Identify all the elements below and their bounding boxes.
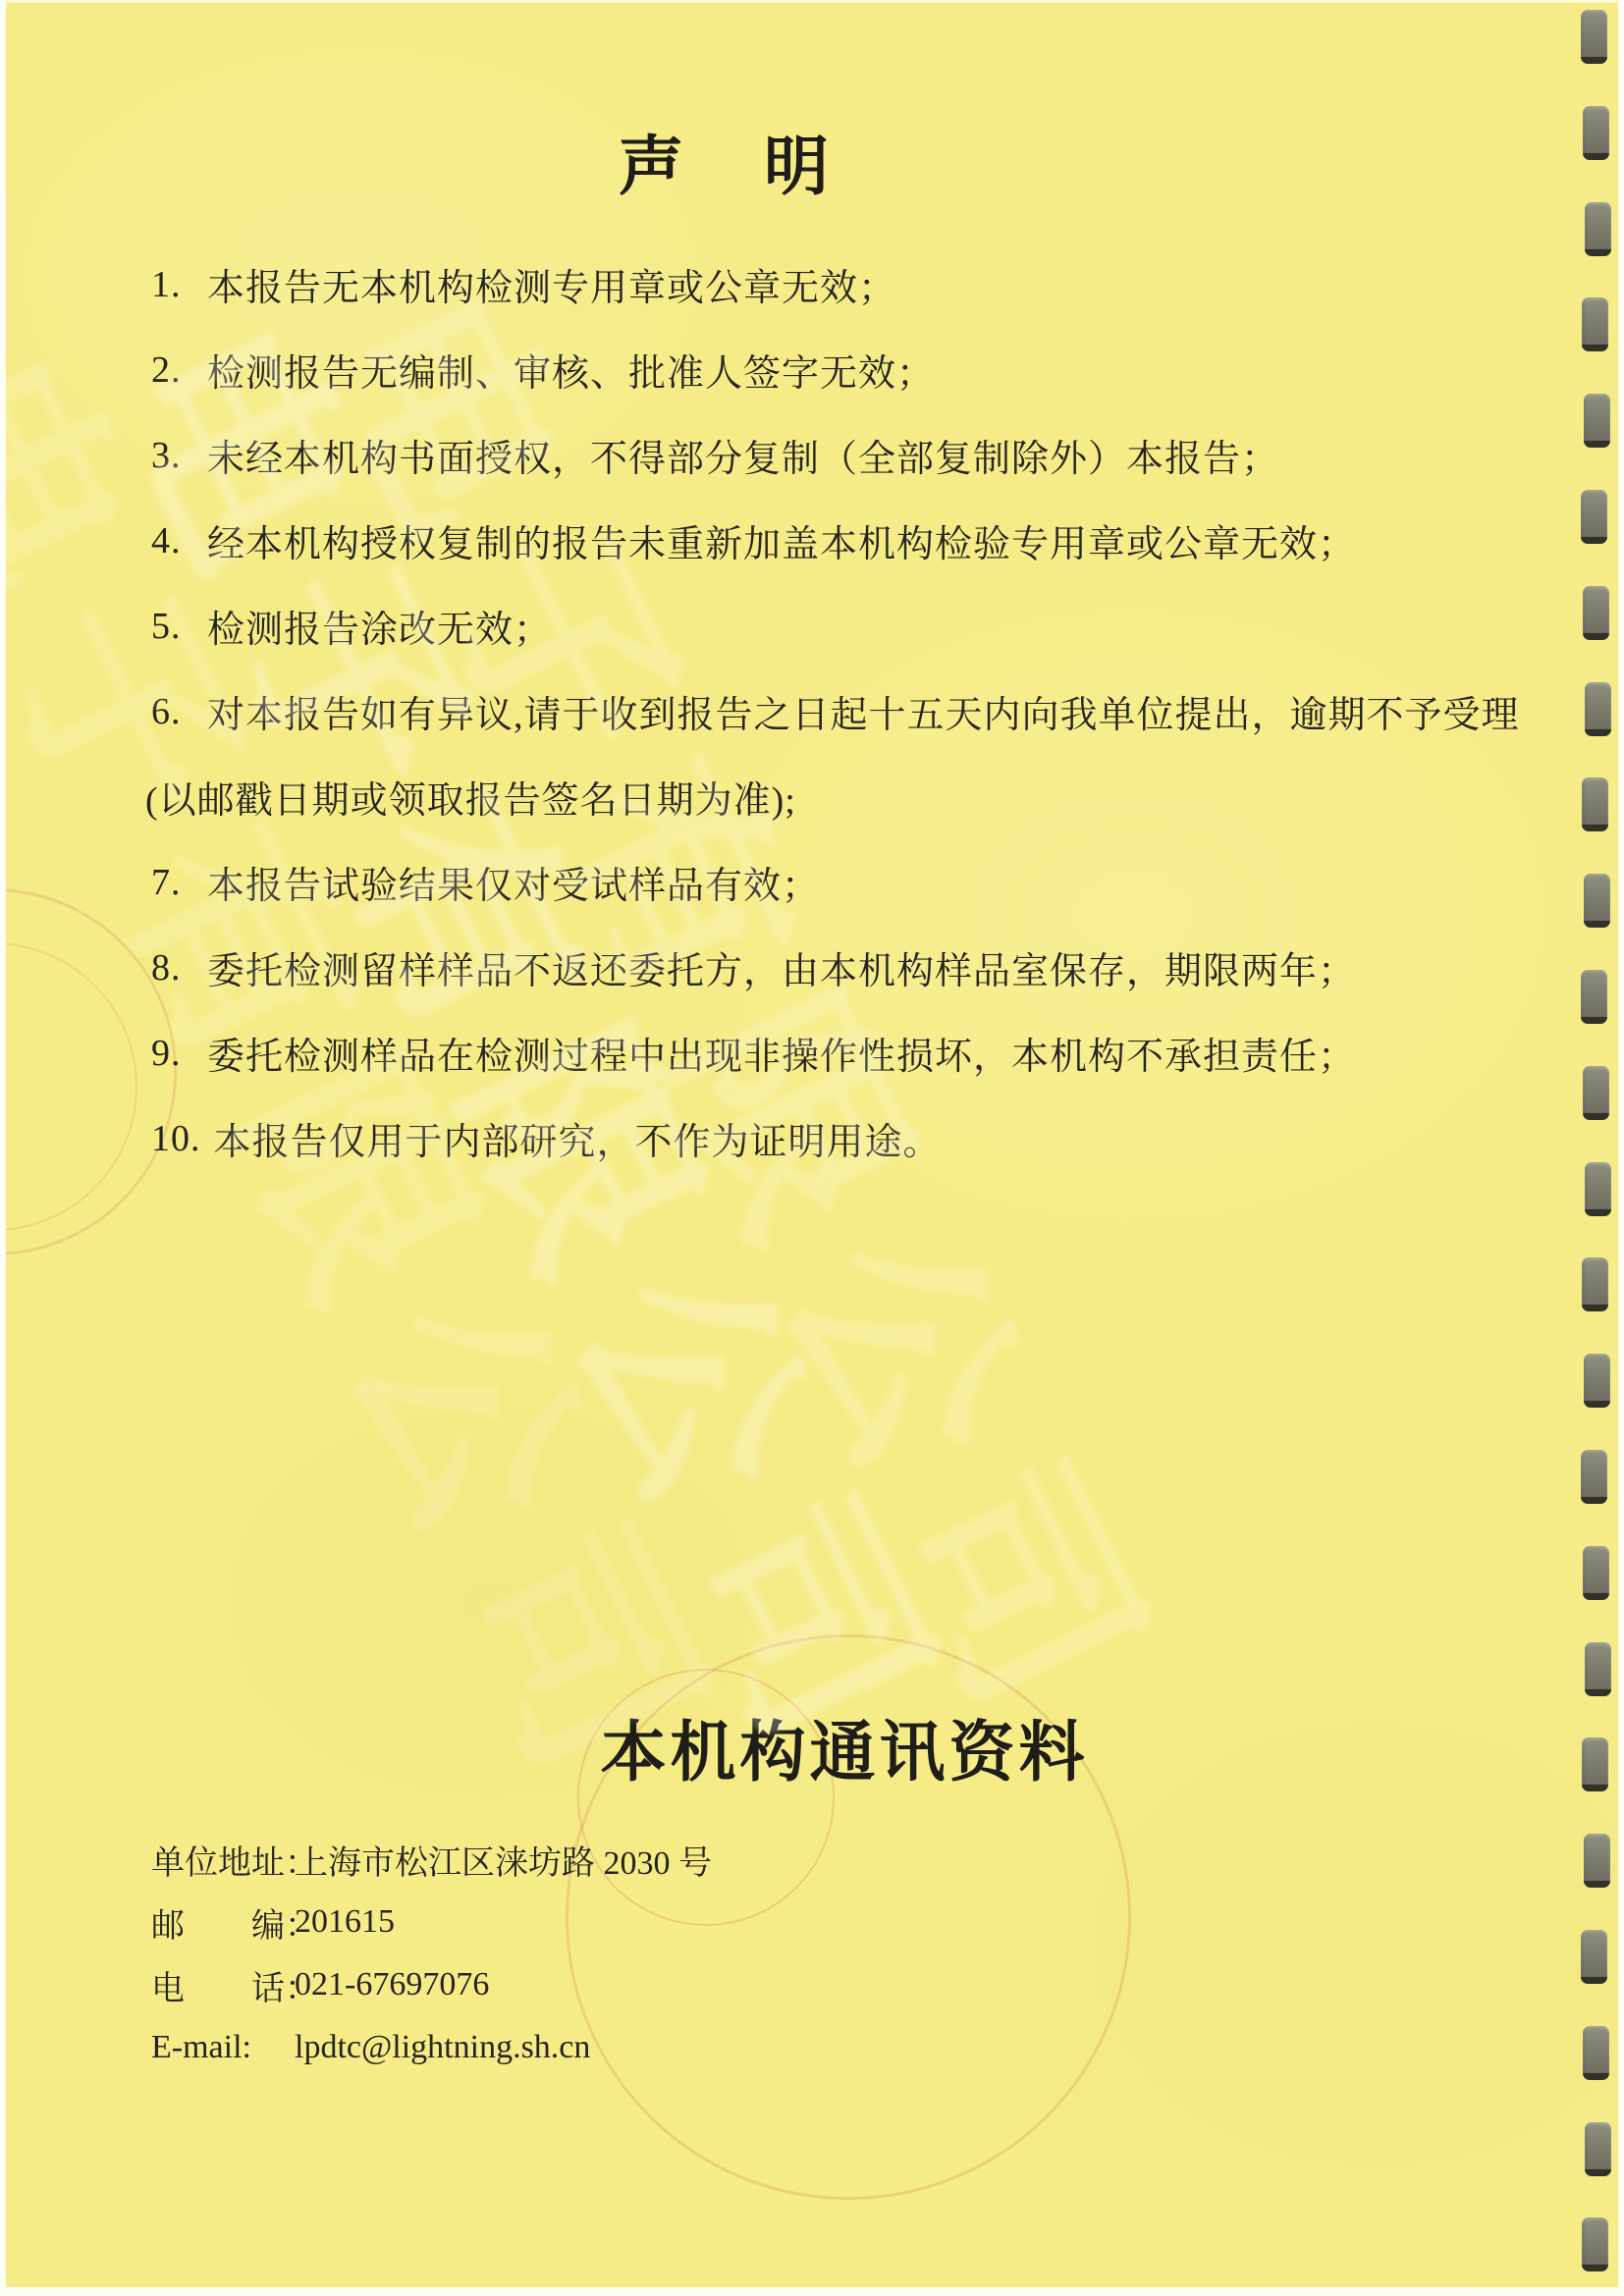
binding-hole: [1585, 682, 1611, 736]
binding-hole: [1585, 202, 1611, 256]
scan-edge-left: [0, 0, 6, 2296]
statement-item: 8.委托检测留样样品不返还委托方，由本机构样品室保存，期限两年；: [151, 925, 1502, 1010]
statement-item: 6.对本报告如有异议,请于收到报告之日起十五天内向我单位提出，逾期不予受理: [151, 668, 1502, 754]
binding-hole: [1582, 2217, 1608, 2271]
binding-hole: [1581, 10, 1607, 64]
binding-hole: [1583, 2026, 1609, 2080]
item-number: 9.: [151, 1032, 194, 1075]
binding-hole: [1581, 1450, 1607, 1504]
binding-hole: [1584, 874, 1610, 928]
paper-background: 声 明 1.本报告无本机构检测专用章或公章无效；2.检测报告无编制、审核、批准人…: [6, 0, 1618, 2288]
scan-edge-bottom: [0, 2287, 1624, 2296]
statement-item: 2.检测报告无编制、审核、批准人签字无效；: [151, 327, 1502, 412]
scan-edge-right: [1618, 0, 1624, 2296]
statement-item-continuation: (以邮戳日期或领取报告签名日期为准);: [151, 754, 1502, 839]
binding-hole: [1582, 297, 1608, 351]
contact-label: 电 话：: [151, 1961, 281, 2009]
statement-item: 5.检测报告涂改无效；: [151, 583, 1502, 668]
item-text: 本报告仅用于内部研究，不作为证明用途。: [214, 1111, 942, 1165]
contact-value: 201615: [295, 1903, 395, 1941]
contact-row: 单位地址：上海市松江区涞坊路 2030 号: [151, 1828, 1231, 1891]
binding-hole: [1581, 490, 1607, 544]
item-text: (以邮戳日期或领取报告签名日期为准);: [145, 770, 796, 824]
statement-item: 1.本报告无本机构检测专用章或公章无效；: [151, 241, 1502, 327]
item-number: 1.: [151, 263, 194, 306]
statement-item: 7.本报告试验结果仅对受试样品有效；: [151, 839, 1502, 925]
statement-item: 9.委托检测样品在检测过程中出现非操作性损坏，本机构不承担责任；: [151, 1010, 1502, 1095]
binding-hole: [1583, 1546, 1609, 1600]
contact-label: 邮 编：: [151, 1898, 281, 1947]
contact-value: lpdtc@lightning.sh.cn: [295, 2029, 590, 2066]
contact-row: 邮 编：201615: [151, 1891, 1231, 1953]
contact-label: 单位地址：: [151, 1836, 281, 1884]
contact-value: 上海市松江区涞坊路 2030 号: [295, 1836, 712, 1884]
item-text: 本报告试验结果仅对受试样品有效；: [207, 855, 820, 909]
item-number: 5.: [151, 605, 194, 648]
contact-list: 单位地址：上海市松江区涞坊路 2030 号邮 编：201615电 话：021-6…: [151, 1828, 1231, 2079]
binding-hole: [1582, 777, 1608, 831]
statement-item: 4.经本机构授权复制的报告未重新加盖本机构检验专用章或公章无效；: [151, 498, 1502, 583]
statement-item: 10.本报告仅用于内部研究，不作为证明用途。: [151, 1095, 1502, 1181]
contact-title: 本机构通讯资料: [38, 1714, 1624, 1792]
binding-hole: [1583, 1066, 1609, 1120]
binding-hole: [1584, 1834, 1610, 1888]
binding-hole: [1585, 1162, 1611, 1216]
binding-hole: [1583, 106, 1609, 160]
stain-circle-left-edge: [0, 942, 137, 1231]
statement-title: 声 明: [6, 126, 1449, 210]
item-number: 6.: [151, 690, 194, 733]
statement-item: 3.未经本机构书面授权，不得部分复制（全部复制除外）本报告；: [151, 412, 1502, 498]
item-number: 10.: [151, 1117, 201, 1160]
binding-hole: [1583, 586, 1609, 640]
stamp-circle-left-edge: [0, 888, 177, 1255]
item-number: 2.: [151, 348, 194, 392]
item-text: 对本报告如有异议,请于收到报告之日起十五天内向我单位提出，逾期不予受理: [207, 684, 1520, 738]
item-number: 8.: [151, 946, 194, 989]
item-text: 委托检测样品在检测过程中出现非操作性损坏，本机构不承担责任；: [207, 1026, 1356, 1080]
binding-hole: [1584, 394, 1610, 448]
item-text: 委托检测留样样品不返还委托方，由本机构样品室保存，期限两年；: [207, 940, 1356, 994]
item-number: 4.: [151, 519, 194, 562]
binding-hole: [1581, 1930, 1607, 1984]
item-number: 7.: [151, 861, 194, 904]
item-text: 经本机构授权复制的报告未重新加盖本机构检验专用章或公章无效；: [207, 513, 1356, 567]
item-text: 检测报告无编制、审核、批准人签字无效；: [207, 343, 935, 397]
binding-hole: [1585, 2122, 1611, 2176]
contact-row: 电 话：021-67697076: [151, 1953, 1231, 2016]
scan-edge-top: [0, 0, 1624, 3]
binding-hole: [1582, 1257, 1608, 1311]
scanned-report-page: 声 明 1.本报告无本机构检测专用章或公章无效；2.检测报告无编制、审核、批准人…: [0, 0, 1624, 2296]
binding-hole: [1585, 1642, 1611, 1696]
binding-hole: [1581, 970, 1607, 1024]
item-text: 检测报告涂改无效；: [207, 599, 552, 653]
binding-hole: [1582, 1737, 1608, 1791]
contact-row: E-mail:lpdtc@lightning.sh.cn: [151, 2016, 1231, 2079]
binding-hole: [1584, 1354, 1610, 1408]
item-number: 3.: [151, 434, 194, 477]
item-text: 未经本机构书面授权，不得部分复制（全部复制除外）本报告；: [207, 428, 1279, 482]
statement-list: 1.本报告无本机构检测专用章或公章无效；2.检测报告无编制、审核、批准人签字无效…: [151, 241, 1502, 1181]
item-text: 本报告无本机构检测专用章或公章无效；: [207, 257, 896, 311]
contact-value: 021-67697076: [295, 1966, 489, 2003]
contact-label: E-mail:: [151, 2029, 281, 2066]
